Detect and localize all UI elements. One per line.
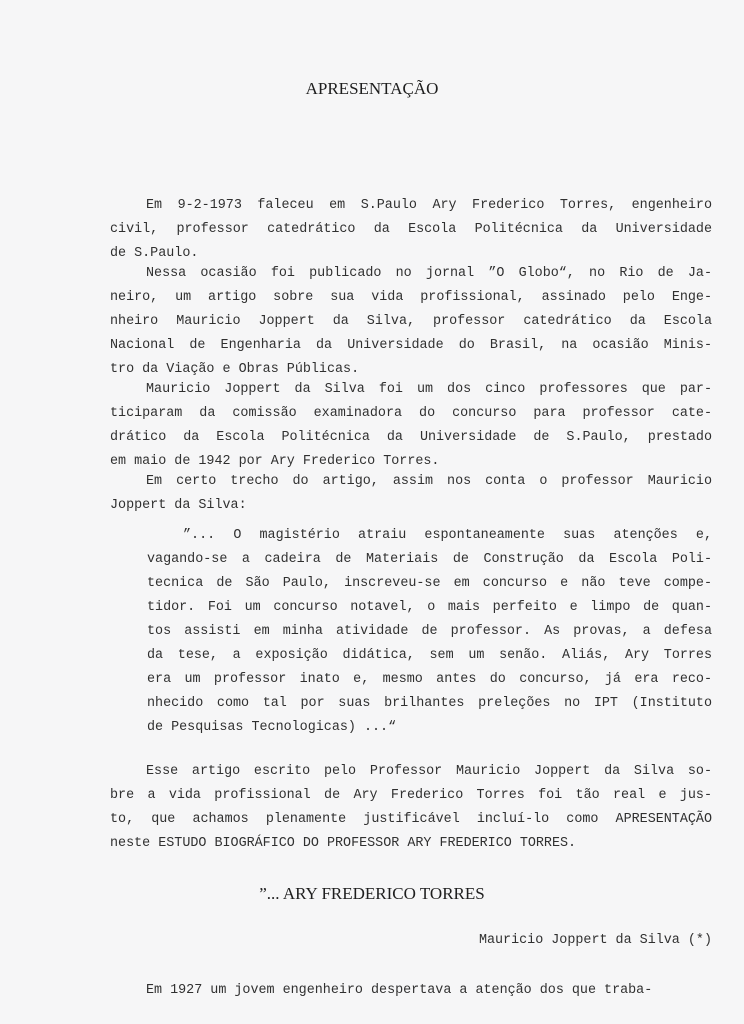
text-line: tidor. Foi um concurso notavel, o mais p…: [147, 596, 712, 620]
text-line: tos assisti em minha atividade de profes…: [147, 620, 712, 644]
paragraph-5: Esse artigo escrito pelo Professor Mauri…: [110, 760, 712, 856]
text-line: civil, professor catedrático da Escola P…: [110, 218, 712, 242]
text-line: Em certo trecho do artigo, assim nos con…: [110, 470, 712, 494]
text-line: Mauricio Joppert da Silva foi um dos cin…: [110, 378, 712, 402]
author-line: Mauricio Joppert da Silva (*): [479, 933, 712, 948]
block-quote: ”... O magistério atraiu espontaneamente…: [147, 524, 712, 740]
paragraph-6: Em 1927 um jovem engenheiro despertava a…: [110, 979, 712, 1003]
text-line: neste ESTUDO BIOGRÁFICO DO PROFESSOR ARY…: [110, 832, 712, 856]
text-line: tecnica de São Paulo, inscreveu-se em co…: [147, 572, 712, 596]
page-title: APRESENTAÇÃO: [0, 79, 744, 99]
text-line: vagando-se a cadeira de Materiais de Con…: [147, 548, 712, 572]
text-line: Nacional de Engenharia da Universidade d…: [110, 334, 712, 358]
text-line: era um professor inato e, mesmo antes do…: [147, 668, 712, 692]
text-line: nheiro Mauricio Joppert da Silva, profes…: [110, 310, 712, 334]
text-line: de Pesquisas Tecnologicas) ...“: [147, 716, 712, 740]
text-line: Joppert da Silva:: [110, 494, 712, 518]
text-line: Em 1927 um jovem engenheiro despertava a…: [110, 979, 712, 1003]
text-line: Em 9-2-1973 faleceu em S.Paulo Ary Frede…: [110, 194, 712, 218]
text-line: neiro, um artigo sobre sua vida profissi…: [110, 286, 712, 310]
paragraph-1: Em 9-2-1973 faleceu em S.Paulo Ary Frede…: [110, 194, 712, 266]
text-line: to, que achamos plenamente justificável …: [110, 808, 712, 832]
paragraph-4: Em certo trecho do artigo, assim nos con…: [110, 470, 712, 518]
paragraph-2: Nessa ocasião foi publicado no jornal ”O…: [110, 262, 712, 382]
text-line: da tese, a exposição didática, sem um se…: [147, 644, 712, 668]
text-line: ticiparam da comissão examinadora do con…: [110, 402, 712, 426]
text-line: drático da Escola Politécnica da Univers…: [110, 426, 712, 450]
document-page: APRESENTAÇÃO Em 9-2-1973 faleceu em S.Pa…: [0, 0, 744, 1024]
paragraph-3: Mauricio Joppert da Silva foi um dos cin…: [110, 378, 712, 474]
text-line: Esse artigo escrito pelo Professor Mauri…: [110, 760, 712, 784]
text-line: bre a vida profissional de Ary Frederico…: [110, 784, 712, 808]
text-line: Nessa ocasião foi publicado no jornal ”O…: [110, 262, 712, 286]
section-heading: ”... ARY FREDERICO TORRES: [0, 884, 744, 904]
text-line: ”... O magistério atraiu espontaneamente…: [147, 524, 712, 548]
text-line: nhecido como tal por suas brilhantes pre…: [147, 692, 712, 716]
